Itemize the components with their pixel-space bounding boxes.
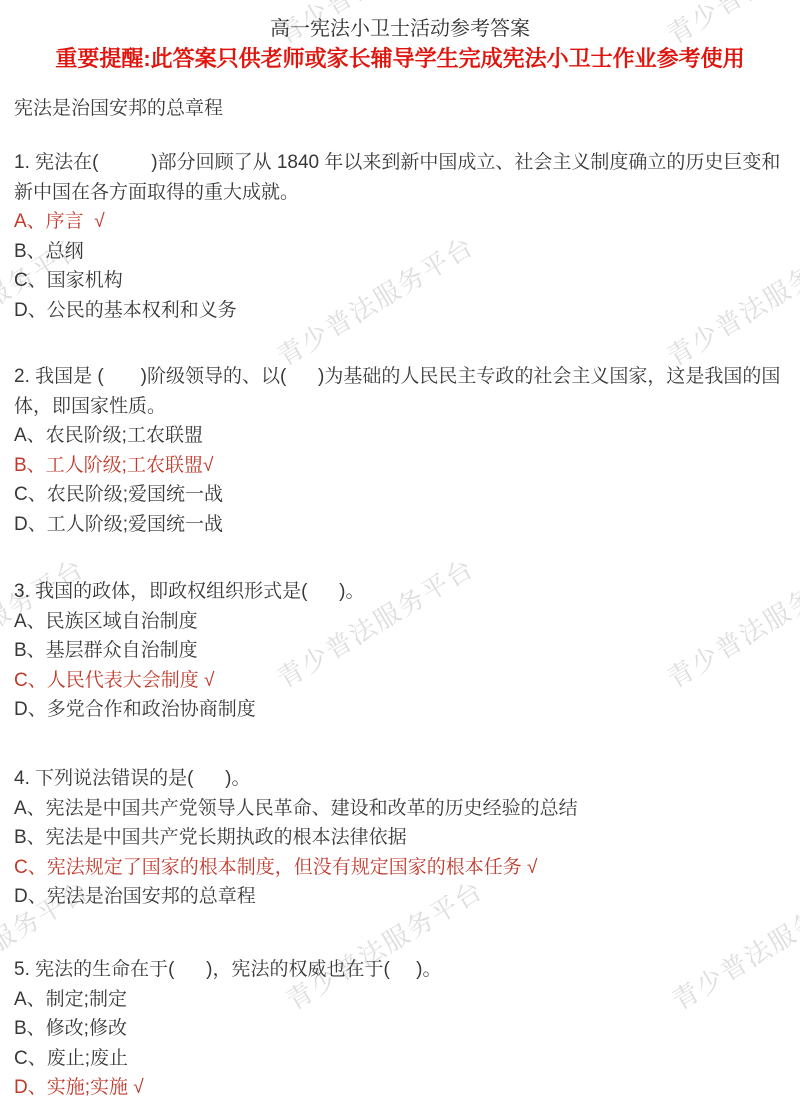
question-text: 2. 我国是 ( )阶级领导的、以( )为基础的人民民主专政的社会主义国家，这是… xyxy=(14,362,788,421)
question-text: 5. 宪法的生命在于( )，宪法的权威也在于( )。 xyxy=(14,955,788,985)
option-c: C、人民代表大会制度 √ xyxy=(14,666,788,696)
document-page: 青少普法服务平台青少普法服务平台青少普法服务平台青少普法服务平台青少普法服务平台… xyxy=(0,0,800,1113)
question-2: 2. 我国是 ( )阶级领导的、以( )为基础的人民民主专政的社会主义国家，这是… xyxy=(14,362,788,539)
option-d: D、实施;实施 √ xyxy=(14,1073,788,1103)
option-a: A、宪法是中国共产党领导人民革命、建设和改革的历史经验的总结 xyxy=(14,794,788,824)
option-b: B、工人阶级;工农联盟√ xyxy=(14,451,788,481)
question-1: 1. 宪法在( )部分回顾了从 1840 年以来到新中国成立、社会主义制度确立的… xyxy=(14,148,788,325)
option-b: B、修改;修改 xyxy=(14,1014,788,1044)
question-5: 5. 宪法的生命在于( )，宪法的权威也在于( )。 A、制定;制定 B、修改;… xyxy=(14,955,788,1103)
option-d: D、多党合作和政治协商制度 xyxy=(14,695,788,725)
question-text: 3. 我国的政体，即政权组织形式是( )。 xyxy=(14,577,788,607)
option-d: D、宪法是治国安邦的总章程 xyxy=(14,882,788,912)
page-title: 高一宪法小卫士活动参考答案 xyxy=(0,12,800,41)
option-c: C、国家机构 xyxy=(14,266,788,296)
option-a: A、制定;制定 xyxy=(14,985,788,1015)
option-c: C、农民阶级;爱国统一战 xyxy=(14,480,788,510)
important-notice: 重要提醒:此答案只供老师或家长辅导学生完成宪法小卫士作业参考使用 xyxy=(0,42,800,73)
question-3: 3. 我国的政体，即政权组织形式是( )。 A、民族区域自治制度 B、基层群众自… xyxy=(14,577,788,725)
question-4: 4. 下列说法错误的是( )。 A、宪法是中国共产党领导人民革命、建设和改革的历… xyxy=(14,764,788,912)
option-a: A、民族区域自治制度 xyxy=(14,607,788,637)
question-text: 1. 宪法在( )部分回顾了从 1840 年以来到新中国成立、社会主义制度确立的… xyxy=(14,148,788,207)
option-c: C、废止;废止 xyxy=(14,1044,788,1074)
option-b: B、总纲 xyxy=(14,237,788,267)
option-c: C、宪法规定了国家的根本制度，但没有规定国家的根本任务 √ xyxy=(14,853,788,883)
question-text: 4. 下列说法错误的是( )。 xyxy=(14,764,788,794)
option-d: D、公民的基本权利和义务 xyxy=(14,296,788,326)
document-content: 高一宪法小卫士活动参考答案 重要提醒:此答案只供老师或家长辅导学生完成宪法小卫士… xyxy=(0,0,800,1113)
option-d: D、工人阶级;爱国统一战 xyxy=(14,510,788,540)
option-a: A、农民阶级;工农联盟 xyxy=(14,421,788,451)
option-a: A、序言 √ xyxy=(14,207,788,237)
option-b: B、基层群众自治制度 xyxy=(14,636,788,666)
option-b: B、宪法是中国共产党长期执政的根本法律依据 xyxy=(14,823,788,853)
intro-line: 宪法是治国安邦的总章程 xyxy=(14,94,786,124)
